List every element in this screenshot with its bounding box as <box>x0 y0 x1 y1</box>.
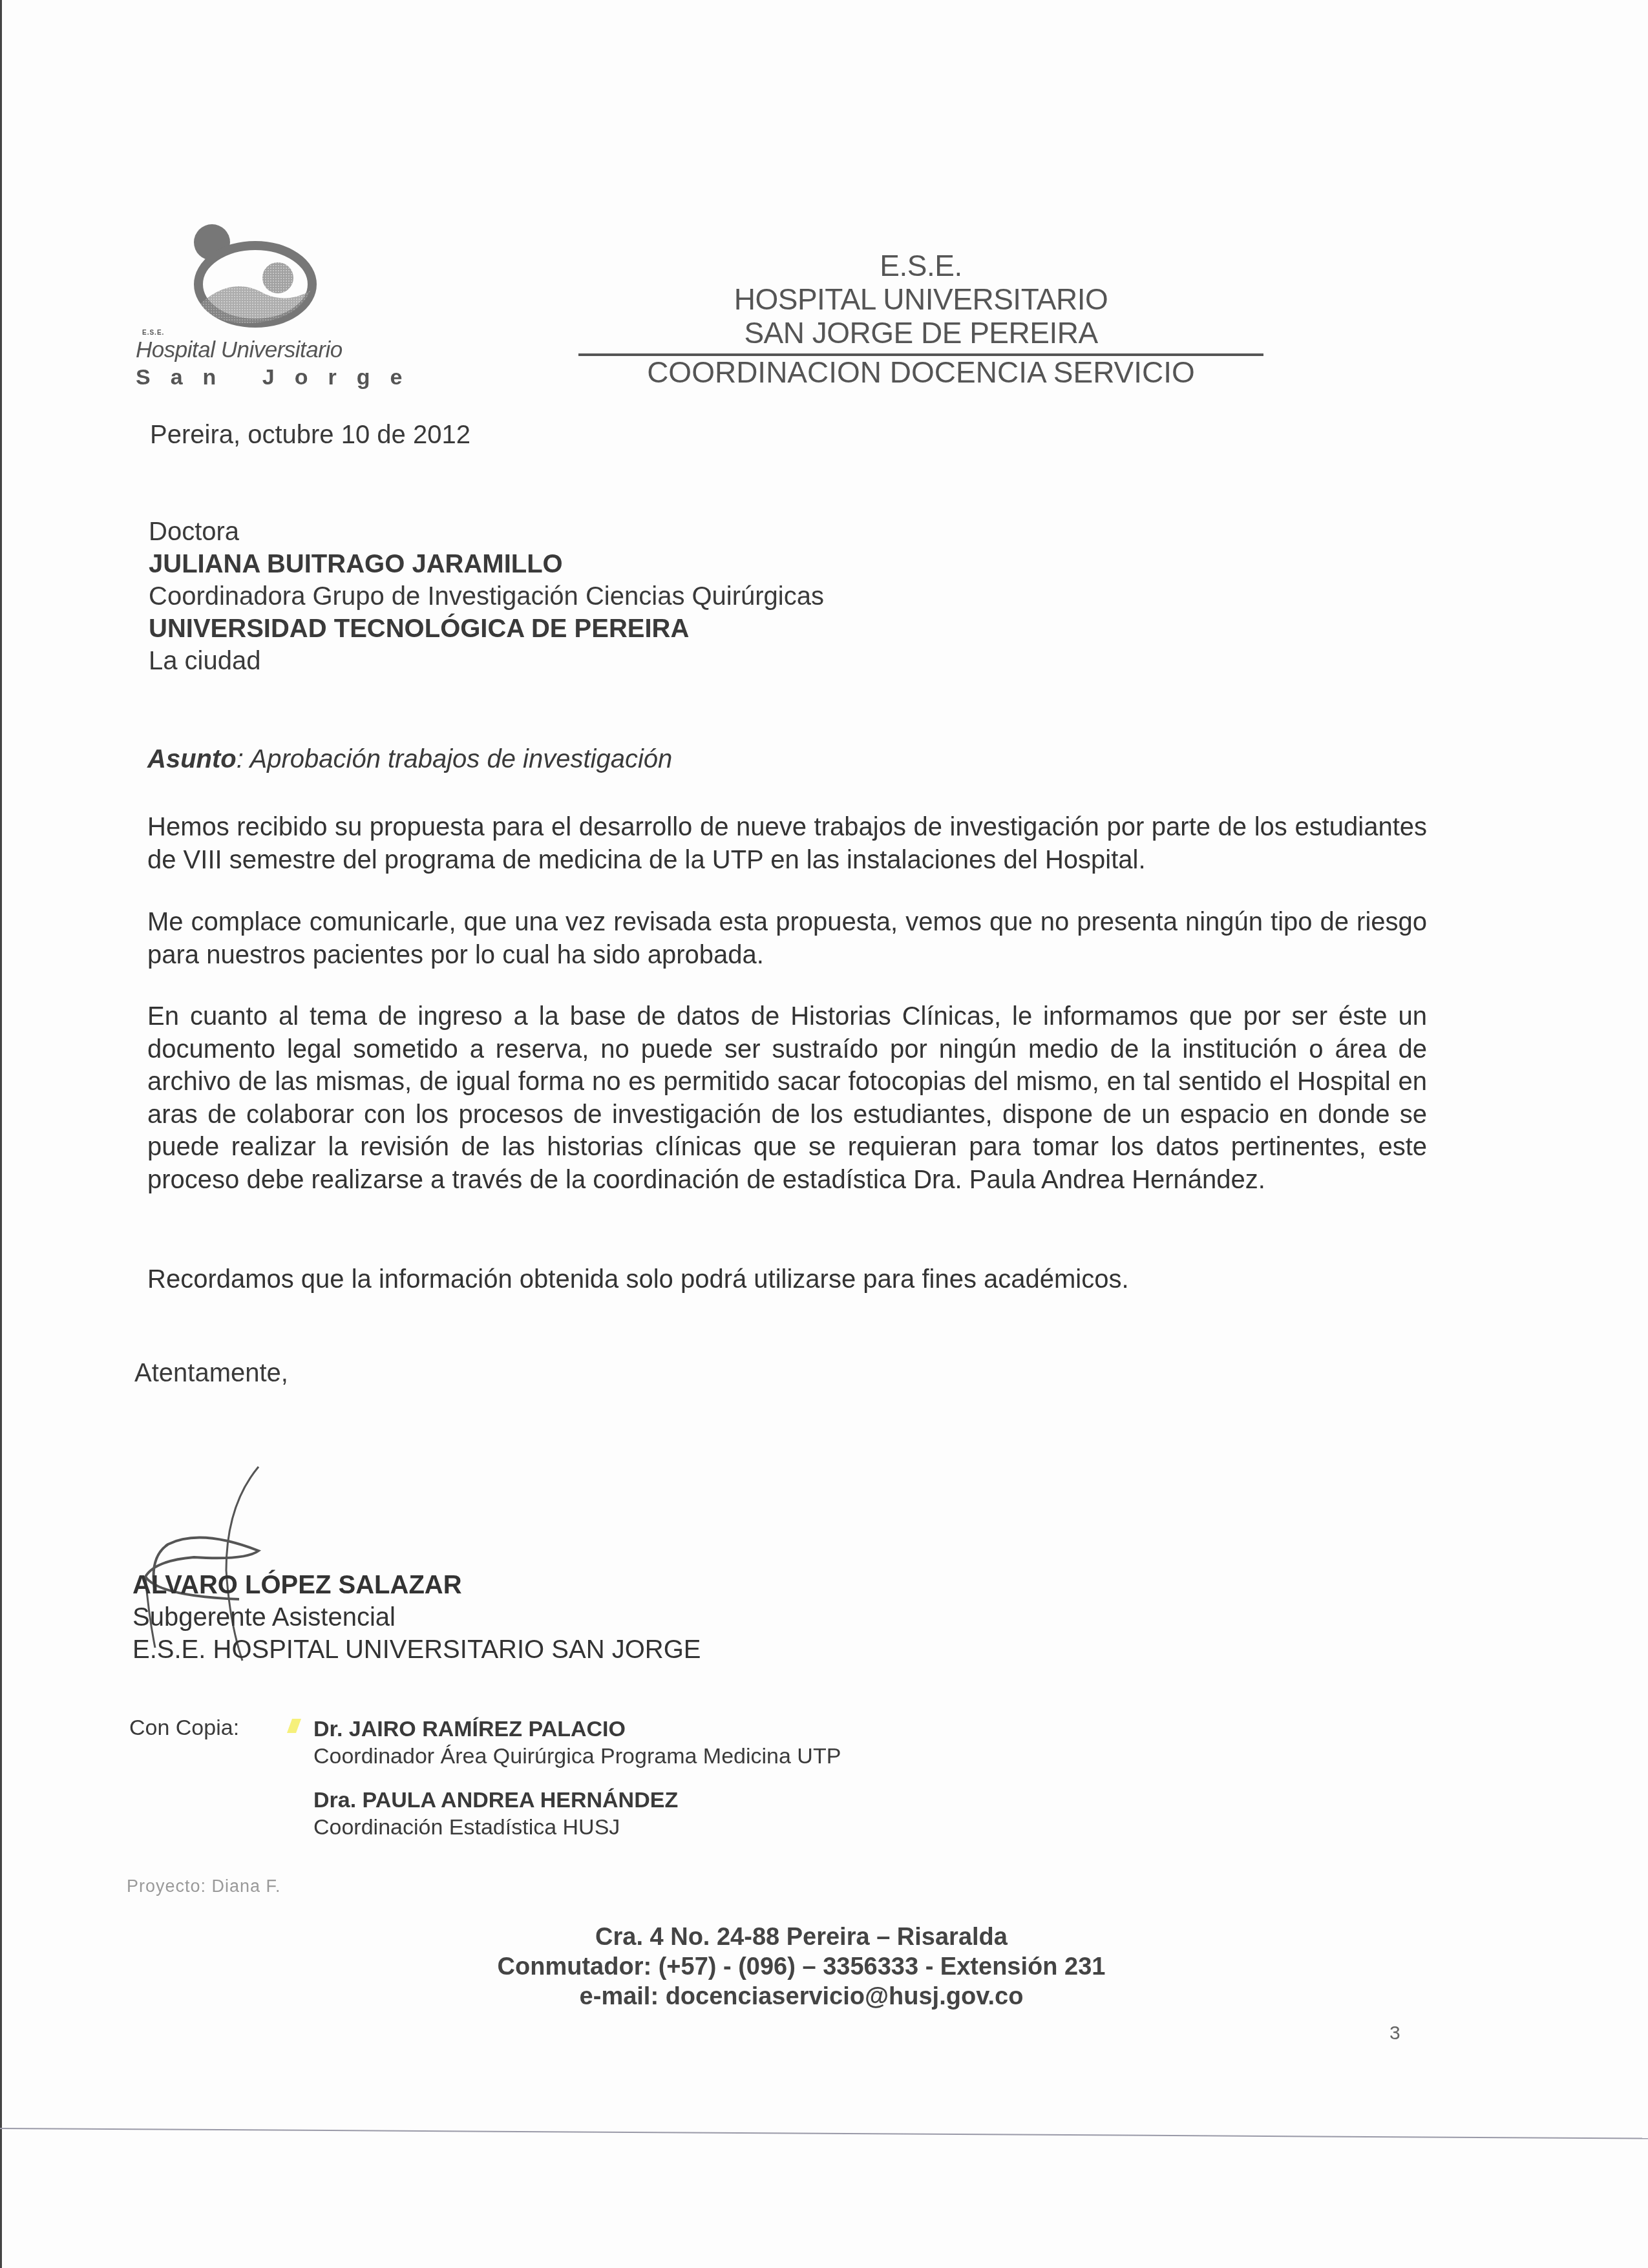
signer-title: Subgerente Asistencial <box>132 1601 701 1633</box>
cc-list: Dr. JAIRO RAMÍREZ PALACIO Coordinador Ár… <box>313 1716 841 1858</box>
letter-date: Pereira, octubre 10 de 2012 <box>150 419 470 451</box>
logo-subname: San Jorge <box>136 365 422 390</box>
recipient-salutation: Doctora <box>149 516 824 548</box>
footer-contact: Cra. 4 No. 24-88 Pereira – Risaralda Con… <box>414 1922 1189 2011</box>
highlighter-mark <box>287 1719 301 1733</box>
recipient-institution: UNIVERSIDAD TECNOLÓGICA DE PEREIRA <box>149 613 824 645</box>
subject-text: : Aprobación trabajos de investigación <box>237 745 673 773</box>
logo-prefix: E.S.E. <box>142 330 164 337</box>
cc-name: Dr. JAIRO RAMÍREZ PALACIO <box>313 1716 841 1743</box>
cc-name: Dra. PAULA ANDREA HERNÁNDEZ <box>313 1787 841 1814</box>
footer-email: e-mail: docenciaservicio@husj.gov.co <box>414 1982 1189 2011</box>
closing: Atentamente, <box>134 1357 288 1389</box>
prepared-by: Proyecto: Diana F. <box>127 1876 281 1896</box>
cc-role: Coordinación Estadística HUSJ <box>313 1814 841 1841</box>
cc-label: Con Copia: <box>129 1716 239 1741</box>
recipient-city: La ciudad <box>149 645 824 677</box>
recipient-title: Coordinadora Grupo de Investigación Cien… <box>149 580 824 613</box>
recipient-block: Doctora JULIANA BUITRAGO JARAMILLO Coord… <box>149 516 824 677</box>
body-paragraph: En cuanto al tema de ingreso a la base d… <box>147 1000 1427 1196</box>
signer-block: ALVARO LÓPEZ SALAZAR Subgerente Asistenc… <box>132 1569 701 1666</box>
cc-entry: Dr. JAIRO RAMÍREZ PALACIO Coordinador Ár… <box>313 1716 841 1770</box>
header-line-3: SAN JORGE DE PEREIRA <box>578 316 1263 350</box>
header-department: COORDINACION DOCENCIA SERVICIO <box>578 357 1263 387</box>
signer-organization: E.S.E. HOSPITAL UNIVERSITARIO SAN JORGE <box>132 1633 701 1666</box>
scan-edge <box>0 0 2 2268</box>
header-line-2: HOSPITAL UNIVERSITARIO <box>578 282 1263 316</box>
fold-line <box>0 2128 1648 2139</box>
logo-emblem-icon <box>174 213 323 333</box>
header-line-1: E.S.E. <box>578 249 1263 282</box>
page-mark: 3 <box>1389 2022 1400 2044</box>
logo-name: Hospital Universitario <box>136 337 343 363</box>
letterhead: E.S.E. HOSPITAL UNIVERSITARIO SAN JORGE … <box>578 249 1263 387</box>
subject-line: Asunto: Aprobación trabajos de investiga… <box>147 743 672 775</box>
hospital-logo: E.S.E. Hospital Universitario San Jorge <box>129 213 388 394</box>
body-paragraph: Hemos recibido su propuesta para el desa… <box>147 811 1427 876</box>
body-paragraph: Recordamos que la información obtenida s… <box>147 1263 1427 1296</box>
subject-label: Asunto <box>147 745 237 773</box>
body-paragraph: Me complace comunicarle, que una vez rev… <box>147 906 1427 971</box>
cc-entry: Dra. PAULA ANDREA HERNÁNDEZ Coordinación… <box>313 1787 841 1841</box>
recipient-name: JULIANA BUITRAGO JARAMILLO <box>149 548 824 580</box>
footer-address: Cra. 4 No. 24-88 Pereira – Risaralda <box>414 1922 1189 1952</box>
cc-role: Coordinador Área Quirúrgica Programa Med… <box>313 1743 841 1770</box>
footer-phone: Conmutador: (+57) - (096) – 3356333 - Ex… <box>414 1952 1189 1982</box>
signer-name: ALVARO LÓPEZ SALAZAR <box>132 1569 701 1601</box>
